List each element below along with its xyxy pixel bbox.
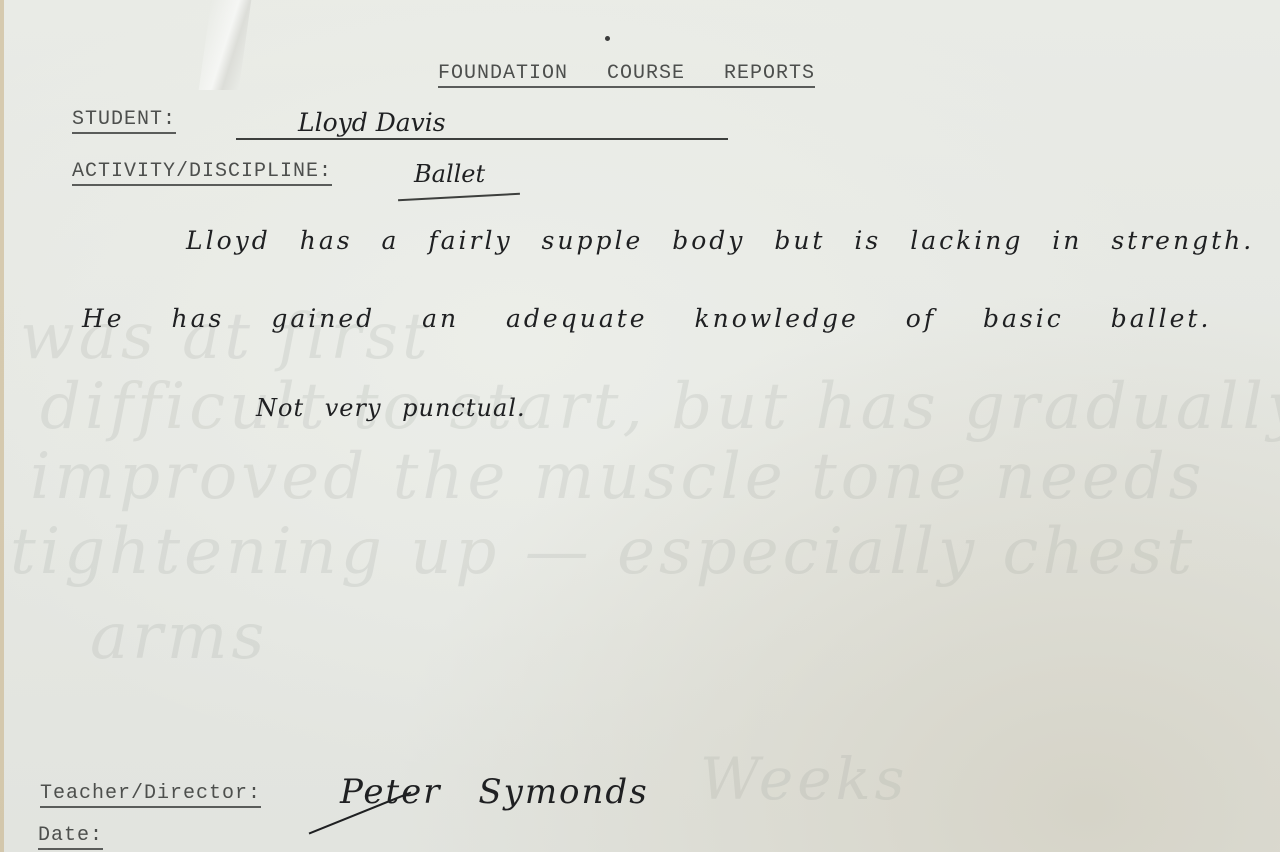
- activity-value: Ballet: [414, 160, 485, 188]
- teacher-signature: Peter Symonds: [340, 772, 649, 812]
- page-edge: [0, 0, 4, 852]
- paper-page: [0, 0, 1280, 852]
- teacher-label: Teacher/Director:: [40, 782, 261, 808]
- report-line: He has gained an adequate knowledge of b…: [82, 304, 1211, 333]
- student-label: STUDENT:: [72, 108, 176, 134]
- report-line: Not very punctual.: [256, 394, 526, 422]
- date-label: Date:: [38, 824, 103, 850]
- ink-dot: [605, 36, 610, 41]
- page-title: FOUNDATION COURSE REPORTS: [438, 62, 815, 88]
- activity-label: ACTIVITY/DISCIPLINE:: [72, 160, 332, 186]
- student-underline: [236, 138, 728, 140]
- student-value: Lloyd Davis: [298, 108, 446, 137]
- report-line: Lloyd has a fairly supple body but is la…: [186, 226, 1254, 255]
